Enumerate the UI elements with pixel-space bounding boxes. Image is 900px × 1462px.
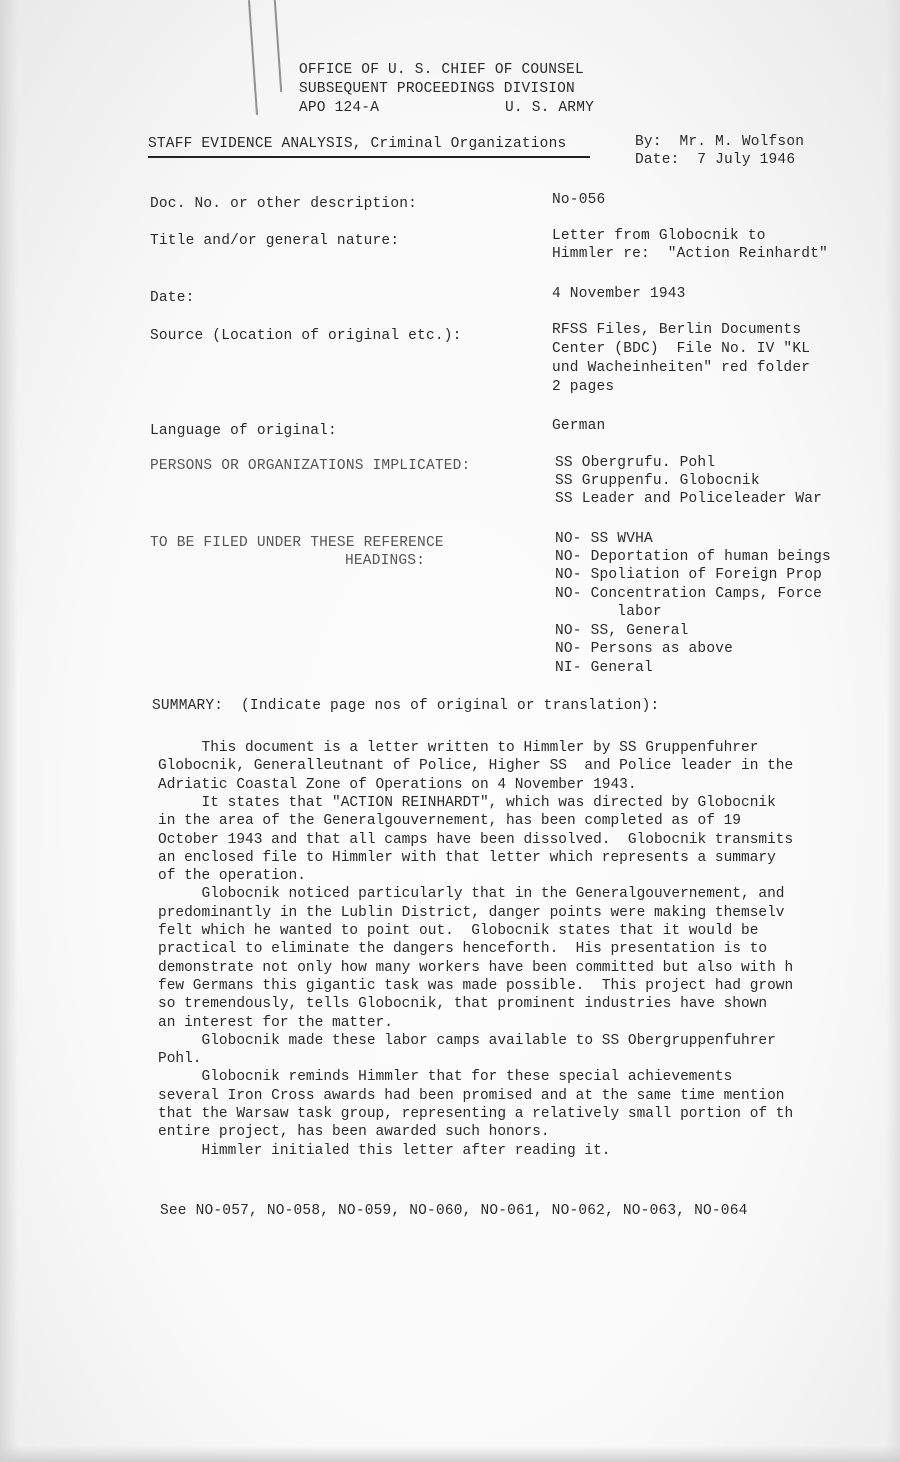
reference-heading-7: NI- General	[555, 660, 653, 676]
field-value-source-4: 2 pages	[552, 379, 614, 395]
analysis-date: Date: 7 July 1946	[635, 152, 795, 168]
summary-line: that the Warsaw task group, representing…	[158, 1106, 793, 1122]
letterhead-apo: APO 124-A	[299, 99, 379, 117]
field-value-title-1: Letter from Globocnik to	[552, 228, 766, 244]
analyst-by: By: Mr. M. Wolfson	[635, 134, 804, 150]
field-value-source-2: Center (BDC) File No. IV "KL	[552, 341, 810, 357]
reference-heading-1: NO- SS WVHA	[555, 531, 653, 547]
summary-line: Adriatic Coastal Zone of Operations on 4…	[158, 777, 637, 793]
summary-line: in the area of the Generalgouvernement, …	[158, 813, 741, 829]
summary-line: demonstrate not only how many workers ha…	[158, 960, 793, 976]
page-edge-left	[0, 0, 18, 1462]
summary-line: Globocnik, Generalleutnant of Police, Hi…	[158, 758, 793, 774]
summary-line: Pohl.	[158, 1051, 202, 1067]
field-value-title-2: Himmler re: "Action Reinhardt"	[552, 246, 828, 262]
field-label-language: Language of original:	[150, 423, 337, 439]
summary-line: entire project, has been awarded such ho…	[158, 1124, 550, 1140]
summary-line: felt which he wanted to point out. Globo…	[158, 923, 758, 939]
summary-line: October 1943 and that all camps have bee…	[158, 832, 793, 848]
see-also-references: See NO-057, NO-058, NO-059, NO-060, NO-0…	[160, 1203, 748, 1219]
summary-line: several Iron Cross awards had been promi…	[158, 1088, 785, 1104]
field-value-person-2: SS Gruppenfu. Globocnik	[555, 473, 760, 489]
summary-line: Globocnik reminds Himmler that for these…	[158, 1069, 732, 1085]
summary-line: few Germans this gigantic task was made …	[158, 978, 793, 994]
summary-label: SUMMARY: (Indicate page nos of original …	[152, 698, 659, 714]
staple-mark-left	[248, 0, 258, 115]
field-label-date: Date:	[150, 290, 195, 306]
reference-heading-2: NO- Deportation of human beings	[555, 549, 831, 565]
field-label-reference-2: HEADINGS:	[345, 553, 425, 569]
field-label-title: Title and/or general nature:	[150, 233, 399, 249]
summary-line: practical to eliminate the dangers hence…	[158, 941, 767, 957]
field-label-source: Source (Location of original etc.):	[150, 328, 462, 344]
field-value-date: 4 November 1943	[552, 286, 686, 302]
summary-line: so tremendously, tells Globocnik, that p…	[158, 996, 767, 1012]
summary-line: It states that "ACTION REINHARDT", which…	[158, 795, 776, 811]
letterhead-army: U. S. ARMY	[505, 99, 594, 117]
reference-heading-3: NO- Spoliation of Foreign Prop	[555, 567, 822, 583]
letterhead-line-1: OFFICE OF U. S. CHIEF OF COUNSEL	[299, 61, 584, 79]
document-page: OFFICE OF U. S. CHIEF OF COUNSEL SUBSEQU…	[0, 0, 900, 1462]
title-underline	[148, 156, 590, 158]
field-value-person-1: SS Obergrufu. Pohl	[555, 455, 715, 471]
field-value-person-3: SS Leader and Policeleader War	[555, 491, 822, 507]
page-edge-bottom	[0, 1446, 900, 1462]
summary-line: Globocnik made these labor camps availab…	[158, 1033, 776, 1049]
summary-line: of the operation.	[158, 868, 306, 884]
field-label-reference: TO BE FILED UNDER THESE REFERENCE	[150, 535, 444, 551]
summary-line: Globocnik noticed particularly that in t…	[158, 886, 785, 902]
reference-heading-5: NO- SS, General	[555, 623, 689, 639]
field-label-doc-no: Doc. No. or other description:	[150, 196, 417, 212]
analysis-title: STAFF EVIDENCE ANALYSIS, Criminal Organi…	[148, 136, 566, 152]
field-label-persons: PERSONS OR ORGANIZATIONS IMPLICATED:	[150, 458, 470, 474]
field-value-source-3: und Wacheinheiten" red folder	[552, 360, 810, 376]
summary-line: predominantly in the Lublin District, da…	[158, 905, 785, 921]
field-value-language: German	[552, 418, 605, 434]
reference-heading-6: NO- Persons as above	[555, 641, 733, 657]
field-value-source-1: RFSS Files, Berlin Documents	[552, 322, 801, 338]
summary-line: an interest for the matter.	[158, 1015, 393, 1031]
staple-mark-right	[274, 0, 282, 92]
letterhead-line-2: SUBSEQUENT PROCEEDINGS DIVISION	[299, 80, 575, 98]
summary-line: This document is a letter written to Him…	[158, 740, 758, 756]
field-value-doc-no: No-056	[552, 192, 605, 208]
reference-heading-4: NO- Concentration Camps, Force	[555, 586, 822, 602]
summary-line: an enclosed file to Himmler with that le…	[158, 850, 776, 866]
reference-heading-4-cont: labor	[555, 604, 662, 620]
page-edge-right	[886, 0, 900, 1462]
summary-line: Himmler initialed this letter after read…	[158, 1143, 610, 1159]
